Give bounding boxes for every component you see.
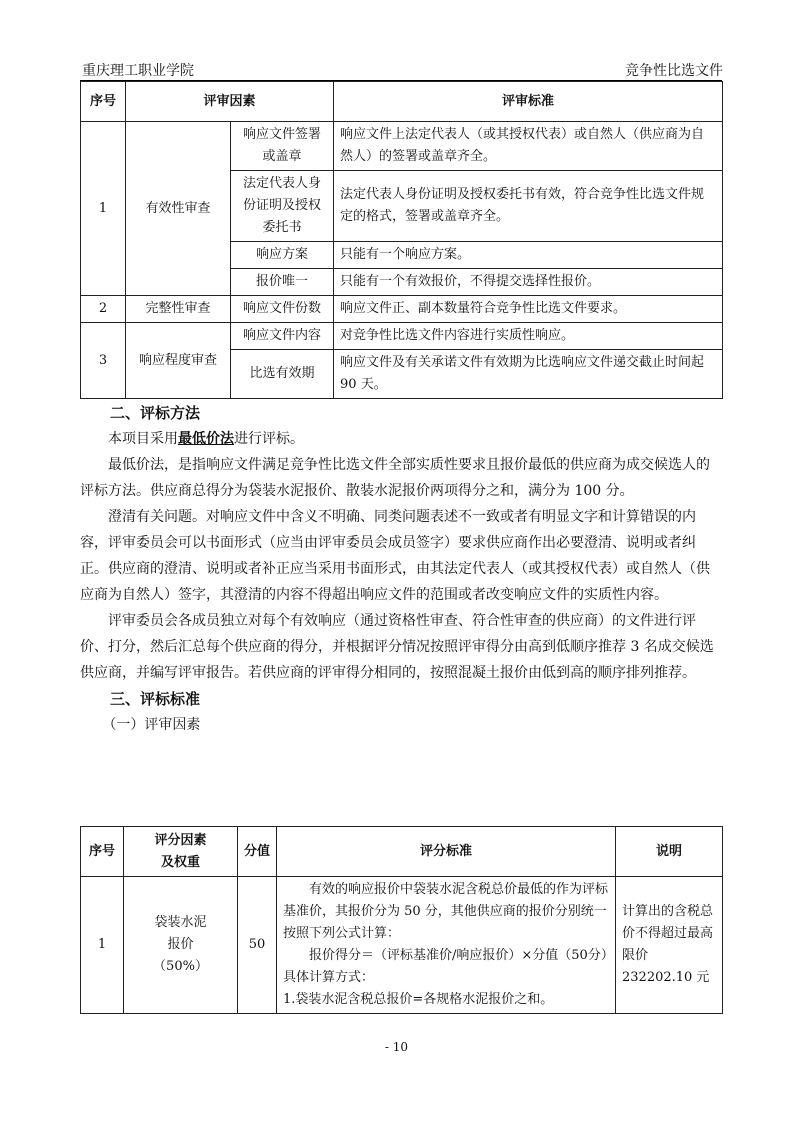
row-factor: 响应文件份数 — [231, 296, 334, 323]
row-standard: 法定代表人身份证明及授权委托书有效，符合竞争性比选文件规定的格式，签署或盖章齐全… — [334, 171, 723, 242]
row-standard: 只能有一个有效报价，不得提交选择性报价。 — [334, 269, 723, 296]
row-no: 1 — [81, 877, 124, 1014]
method-emphasis: 最低价法 — [178, 431, 234, 447]
score-table: 序号 评分因素及权重 分值 评分标准 说明 1 袋装水泥 报价 （50%） 50… — [80, 826, 723, 1014]
clarification-paragraph: 澄清有关问题。对响应文件中含义不明确、同类问题表述不一致或者有明显文字和计算错误… — [80, 504, 722, 608]
section-3-subtitle: （一）评审因素 — [80, 712, 722, 738]
row-criteria: 有效的响应报价中袋装水泥含税总价最低的作为评标基准价，其报价分为 50 分，其他… — [277, 877, 616, 1014]
criteria-formula: 报价得分＝（评标基准价/响应报价）×分值（50分） — [283, 945, 609, 967]
method-prefix: 本项目采用 — [108, 431, 178, 447]
committee-paragraph: 评审委员会各成员独立对每个有效响应（通过资格性审查、符合性审查的供应商）的文件进… — [80, 608, 722, 686]
section-2: 二、评标方法 本项目采用最低价法进行评标。 最低价法，是指响应文件满足竞争性比选… — [80, 400, 722, 738]
section-2-title: 二、评标方法 — [80, 400, 722, 426]
row-no: 3 — [81, 323, 126, 399]
col-header-no: 序号 — [81, 827, 124, 877]
criteria-method-item: 1.袋装水泥含税总报价=各规格水泥报价之和。 — [283, 989, 609, 1011]
lowest-price-paragraph: 最低价法，是指响应文件满足竞争性比选文件全部实质性要求且报价最低的供应商为成交候… — [80, 452, 722, 504]
table-row: 1 有效性审查 响应文件签署或盖章 响应文件上法定代表人（或其授权代表）或自然人… — [81, 122, 723, 171]
section-3-title: 三、评标标准 — [80, 686, 722, 712]
factor-weight: （50%） — [130, 956, 231, 978]
col-header-factor: 评分因素及权重 — [124, 827, 238, 877]
header-doc-title: 竞争性比选文件 — [625, 60, 723, 80]
col-header-note: 说明 — [616, 827, 723, 877]
row-standard: 对竞争性比选文件内容进行实质性响应。 — [334, 323, 723, 350]
row-standard: 只能有一个响应方案。 — [334, 242, 723, 269]
row-factor: 比选有效期 — [231, 350, 334, 399]
factor-header-line1: 评分因素 — [130, 830, 231, 852]
factor-line1: 袋装水泥 — [130, 912, 231, 934]
header-org-name: 重庆理工职业学院 — [82, 60, 194, 80]
method-suffix: 进行评标。 — [234, 431, 304, 447]
row-factor: 报价唯一 — [231, 269, 334, 296]
row-category: 响应程度审查 — [126, 323, 231, 399]
row-factor: 袋装水泥 报价 （50%） — [124, 877, 238, 1014]
col-header-criteria: 评分标准 — [277, 827, 616, 877]
factor-header-line2: 及权重 — [130, 852, 231, 874]
row-factor: 法定代表人身份证明及授权委托书 — [231, 171, 334, 242]
factor-line2: 报价 — [130, 934, 231, 956]
col-header-score: 分值 — [238, 827, 277, 877]
col-header-standard: 评审标准 — [334, 82, 723, 122]
row-no: 1 — [81, 122, 126, 296]
col-header-factor: 评审因素 — [126, 82, 334, 122]
row-factor: 响应方案 — [231, 242, 334, 269]
criteria-method-label: 具体计算方式： — [283, 967, 609, 989]
row-note: 计算出的含税总价不得超过最高限价 232202.10 元 — [616, 877, 723, 1014]
table-row: 3 响应程度审查 响应文件内容 对竞争性比选文件内容进行实质性响应。 — [81, 323, 723, 350]
row-category: 完整性审查 — [126, 296, 231, 323]
criteria-base: 有效的响应报价中袋装水泥含税总价最低的作为评标基准价，其报价分为 50 分，其他… — [283, 879, 609, 945]
review-table: 序号 评审因素 评审标准 1 有效性审查 响应文件签署或盖章 响应文件上法定代表… — [80, 81, 723, 399]
col-header-no: 序号 — [81, 82, 126, 122]
row-score: 50 — [238, 877, 277, 1014]
table-row: 1 袋装水泥 报价 （50%） 50 有效的响应报价中袋装水泥含税总价最低的作为… — [81, 877, 723, 1014]
row-category: 有效性审查 — [126, 122, 231, 296]
row-standard: 响应文件及有关承诺文件有效期为比选响应文件递交截止时间起 90 天。 — [334, 350, 723, 399]
row-factor: 响应文件签署或盖章 — [231, 122, 334, 171]
method-paragraph: 本项目采用最低价法进行评标。 — [80, 426, 722, 452]
page-number: - 10 — [0, 1040, 793, 1054]
row-standard: 响应文件正、副本数量符合竞争性比选文件要求。 — [334, 296, 723, 323]
row-factor: 响应文件内容 — [231, 323, 334, 350]
table-row: 2 完整性审查 响应文件份数 响应文件正、副本数量符合竞争性比选文件要求。 — [81, 296, 723, 323]
row-no: 2 — [81, 296, 126, 323]
row-standard: 响应文件上法定代表人（或其授权代表）或自然人（供应商为自然人）的签署或盖章齐全。 — [334, 122, 723, 171]
